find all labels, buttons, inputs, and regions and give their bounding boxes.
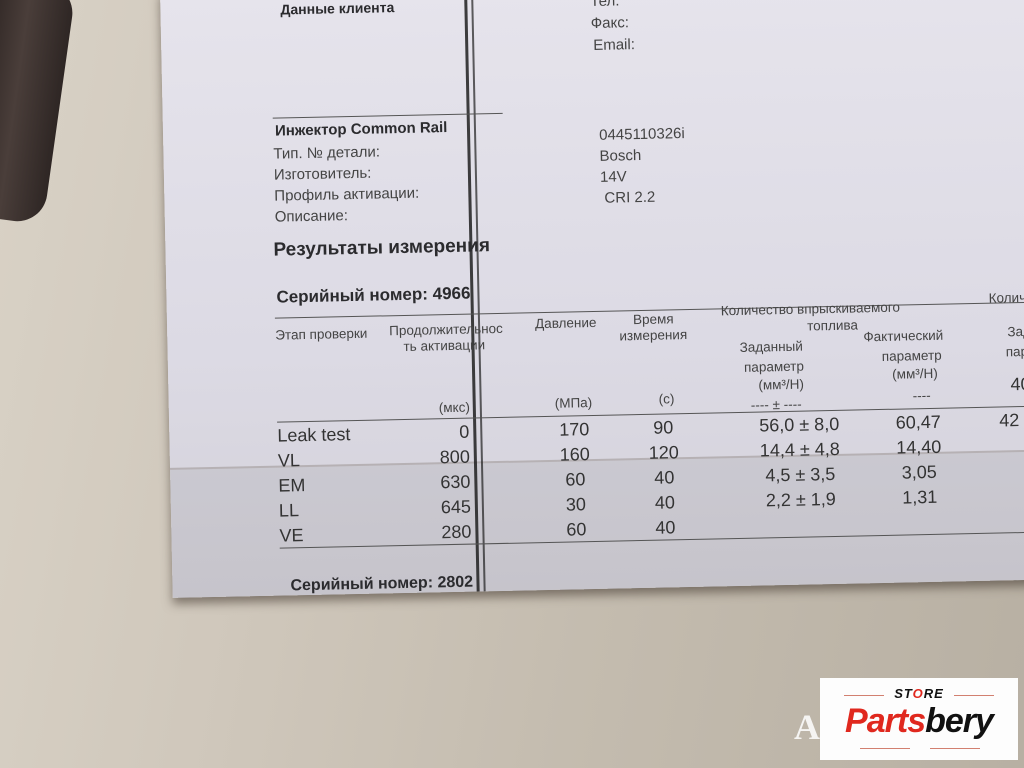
logo-store-st: ST xyxy=(894,686,912,701)
logo-word-red: Parts xyxy=(845,702,925,740)
part-number-label: Тип. № детали: xyxy=(273,143,380,162)
cell-pressure: 170 xyxy=(539,419,609,441)
cell-duration: 280 xyxy=(411,522,471,544)
manufacturer-value: Bosch xyxy=(599,147,641,165)
cell-actual: 3,05 xyxy=(874,461,964,484)
header-actual-3: (мм³/Н) xyxy=(892,366,938,382)
email-label: Email: xyxy=(593,36,635,54)
cable-background xyxy=(0,0,76,225)
cell-stage: VL xyxy=(278,448,398,472)
header-next-setpoint-1: Зад xyxy=(1007,324,1024,339)
cell-time: 90 xyxy=(633,417,693,439)
partsbery-logo: STORE Partsbery xyxy=(820,678,1018,760)
header-quantity-2: топлива xyxy=(807,317,858,333)
unit-time: (с) xyxy=(659,391,675,406)
header-next-group-partial: Колич xyxy=(988,290,1024,306)
header-pressure: Давление xyxy=(535,315,597,331)
header-actual-2: параметр xyxy=(882,348,942,364)
client-data-label: Данные клиента xyxy=(280,0,394,17)
unit-duration: (мкс) xyxy=(439,400,470,416)
cell-time: 40 xyxy=(634,467,694,489)
cell-next-partial xyxy=(1000,435,1024,436)
description-value: CRI 2.2 xyxy=(604,189,655,207)
cell-stage: LL xyxy=(279,498,399,522)
injector-title: Инжектор Common Rail xyxy=(275,119,448,140)
cell-time: 40 xyxy=(635,517,695,539)
logo-store-re: RE xyxy=(924,686,944,701)
watermark-letter: A xyxy=(794,706,820,748)
description-label: Описание: xyxy=(275,207,349,226)
unit-next-partial: 40 xyxy=(1010,374,1024,395)
logo-store-text: STORE xyxy=(820,686,1018,701)
cell-time: 120 xyxy=(634,442,694,464)
header-duration-2: ть активации xyxy=(403,337,485,354)
cell-pressure: 60 xyxy=(541,519,611,541)
cell-next-partial: 42 xyxy=(999,410,1024,432)
header-setpoint-1: Заданный xyxy=(739,339,803,355)
cell-pressure: 60 xyxy=(540,469,610,491)
cell-duration: 800 xyxy=(410,447,470,469)
logo-wordmark: Partsbery xyxy=(820,702,1018,741)
unit-actual: ---- xyxy=(913,388,931,403)
header-stage: Этап проверки xyxy=(275,326,367,343)
header-setpoint-2: параметр xyxy=(744,359,804,375)
cell-duration: 645 xyxy=(411,497,471,519)
logo-store-o: O xyxy=(913,686,924,701)
header-quantity-1: Количество впрыскиваемого xyxy=(721,300,900,319)
unit-pressure: (МПа) xyxy=(555,395,593,411)
manufacturer-label: Изготовитель: xyxy=(274,165,372,184)
header-duration-1: Продолжительнос xyxy=(389,321,503,338)
cell-actual: 1,31 xyxy=(875,486,965,509)
fax-label: Факс: xyxy=(591,14,630,32)
cell-pressure: 30 xyxy=(541,494,611,516)
cell-setpoint: 2,2 ± 1,9 xyxy=(731,488,871,512)
logo-rule-bottom-left xyxy=(860,748,910,749)
cell-setpoint: 56,0 ± 8,0 xyxy=(729,413,869,437)
cell-actual: 60,47 xyxy=(873,411,963,434)
header-actual-1: Фактический xyxy=(863,328,943,345)
phone-label: Тел. xyxy=(590,0,619,10)
cell-duration: 630 xyxy=(410,472,470,494)
header-time-2: измерения xyxy=(619,327,687,343)
cell-setpoint: 4,5 ± 3,5 xyxy=(730,463,870,487)
cell-pressure: 160 xyxy=(540,444,610,466)
serial-number-1: Серийный номер: 4966 xyxy=(276,284,470,308)
logo-word-black: bery xyxy=(925,702,993,740)
test-report-sheet: Данные клиента Тел. Факс: Email: № клиен… xyxy=(160,0,1024,598)
cell-time: 40 xyxy=(635,492,695,514)
cell-stage: VE xyxy=(279,523,399,547)
activation-profile-value: 14V xyxy=(600,168,627,186)
header-time-1: Время xyxy=(633,311,674,327)
cell-stage: EM xyxy=(278,473,398,497)
activation-profile-label: Профиль активации: xyxy=(274,185,419,205)
cell-duration: 0 xyxy=(409,422,469,444)
header-setpoint-3: (мм³/Н) xyxy=(758,377,804,393)
header-next-setpoint-2: пар xyxy=(1006,344,1024,359)
cell-stage: Leak test xyxy=(277,423,397,447)
results-title: Результаты измерения xyxy=(273,235,490,262)
cell-setpoint: 14,4 ± 4,8 xyxy=(730,438,870,462)
serial-number-2: Серийный номер: 2802 xyxy=(290,574,473,596)
cell-actual: 14,40 xyxy=(874,436,964,459)
part-number-value: 0445110326i xyxy=(599,125,685,144)
client-number-label: № клиента: xyxy=(895,0,975,2)
logo-rule-bottom-right xyxy=(930,748,980,749)
